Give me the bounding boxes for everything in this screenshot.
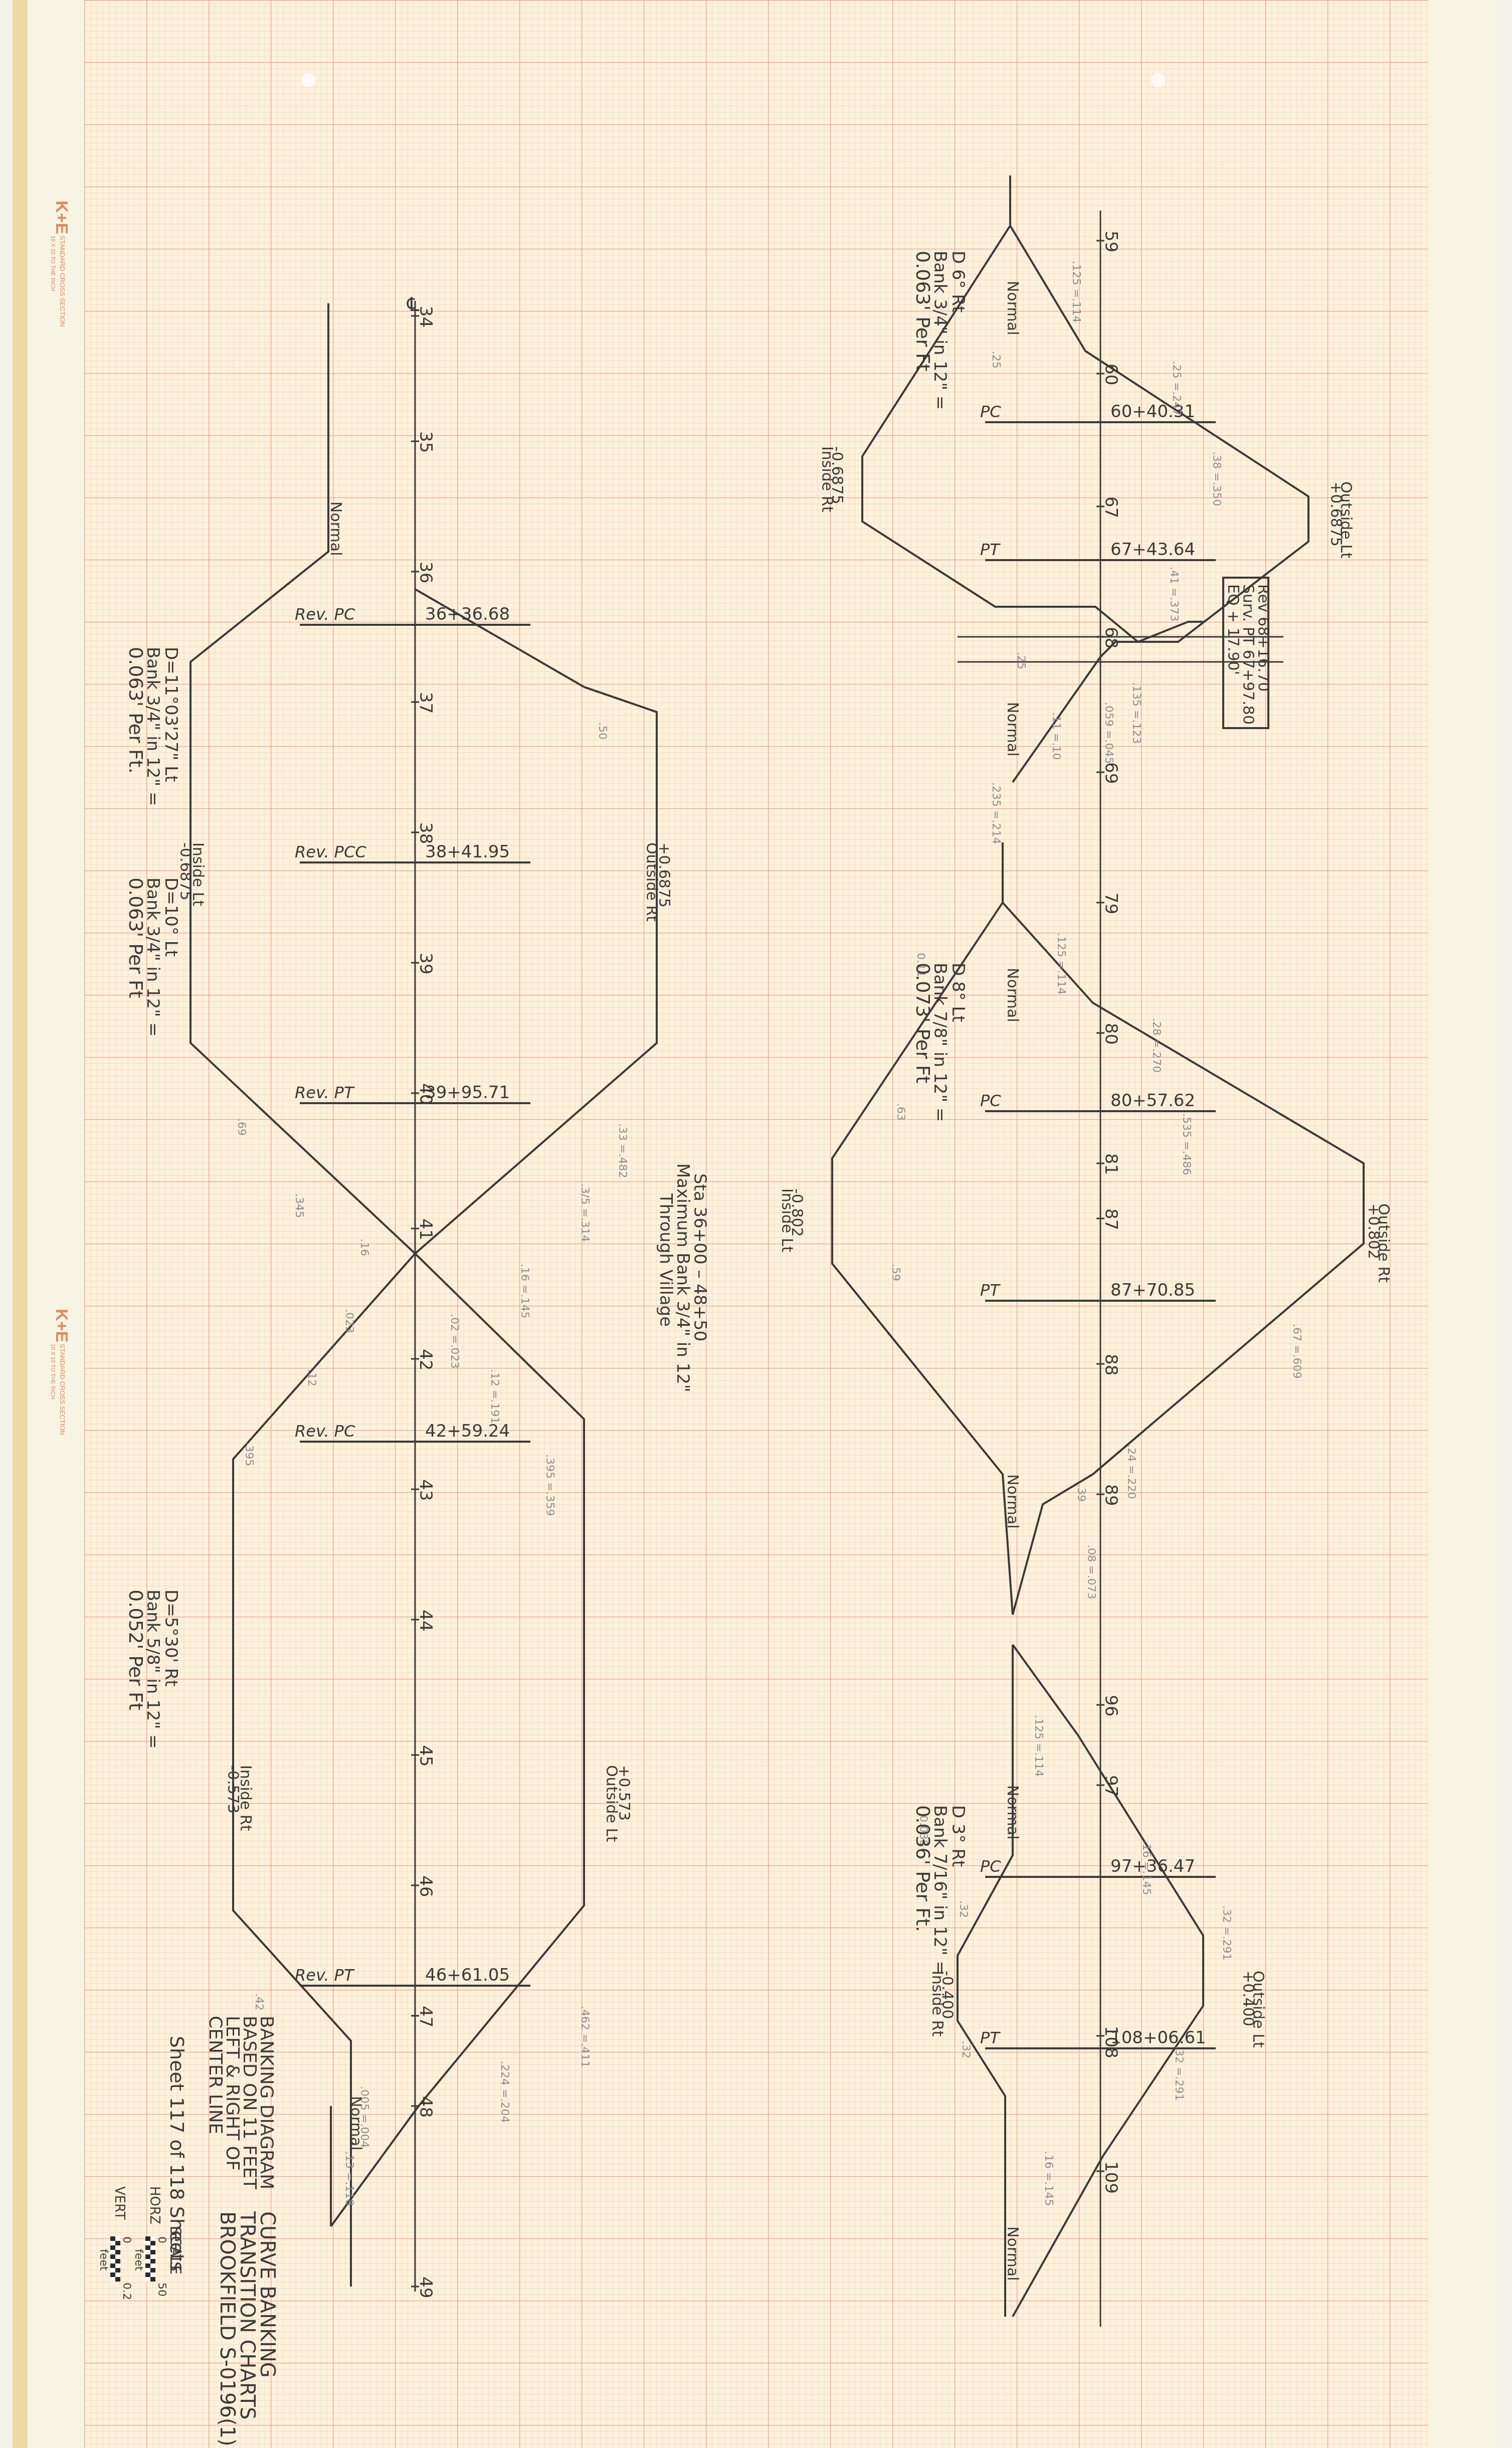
curve-note-line3: 0.063' Per Ft [125, 878, 147, 998]
curve-note-line3: 0.073' Per Ft [912, 963, 934, 1084]
pencil-calc-note: .395 [243, 1442, 255, 1466]
pencil-calc-note: .125 =.114 [1055, 933, 1067, 994]
station-label: 49 [416, 2277, 436, 2298]
control-point-station: 67+43.64 [1110, 540, 1195, 560]
pencil-calc-note: .24 =.220 [1125, 1444, 1138, 1499]
pencil-calc-note: .69 [235, 1118, 248, 1136]
control-point-type: Rev. PC [295, 605, 355, 624]
pencil-calc-note: .023 [343, 1309, 355, 1333]
curve-note-line1: D=5°30' Rt [161, 1590, 181, 1687]
station-label: 67 [1101, 496, 1121, 518]
control-point-type: PT [980, 2028, 1001, 2047]
pencil-calc-note: .3/5 =.314 [579, 1183, 591, 1242]
station-label: 37 [416, 692, 436, 714]
pencil-calc-note: .135 =.123 [1130, 682, 1143, 744]
svg-text:EQ + 17.90': EQ + 17.90' [1224, 584, 1242, 675]
curve-note-line3: 0.063' Per Ft [912, 251, 934, 372]
control-point-station: 39+95.71 [425, 1083, 510, 1103]
horz-label: HORZ [147, 2186, 162, 2224]
svg-text:STANDARD CROSS SECTION: STANDARD CROSS SECTION [59, 236, 66, 327]
control-point-station: 108+06.61 [1110, 2028, 1206, 2048]
edge-label: +0.573 [615, 1765, 633, 1821]
pencil-calc-note: .59 [889, 1264, 902, 1281]
vert-zero: 0 [120, 2236, 133, 2243]
vert-label: VERT [112, 2186, 127, 2219]
station-label: 60 [1101, 364, 1121, 385]
pencil-calc-note: .32 =.291 [1173, 2046, 1185, 2101]
edge-label: Inside Lt [778, 1188, 796, 1253]
edge-label: Normal [1004, 1785, 1021, 1840]
pencil-calc-note: .16 =.145 [1042, 2151, 1055, 2206]
pencil-calc-note: .50 [596, 722, 609, 740]
station-label: 44 [416, 1610, 436, 1631]
station-label: 39 [416, 953, 436, 974]
curve-note-line1: D 6° Rt [948, 251, 968, 312]
station-label: 35 [416, 431, 436, 453]
pencil-calc-note: .25 =.247 [1170, 361, 1183, 416]
station-label: 46 [416, 1875, 436, 1897]
pencil-calc-note: .32 [957, 1900, 970, 1918]
control-point-station: 36+36.68 [425, 604, 510, 624]
pencil-calc-note: .33 =.482 [616, 1123, 629, 1178]
control-point-type: PT [980, 540, 1001, 559]
svg-text:Through Village: Through Village [656, 1193, 676, 1327]
pencil-calc-note: .42 [253, 1993, 265, 2011]
title-line-3: BROOKFIELD S-0196(1) [216, 2211, 239, 2446]
control-point-type: Rev. PCC [295, 842, 366, 861]
control-point-station: 38+41.95 [425, 842, 510, 862]
pencil-calc-note: .16 =.145 [1140, 1840, 1153, 1895]
pencil-calc-note: .25 [990, 351, 1002, 369]
svg-text:K+E: K+E [52, 201, 71, 234]
station-label: 48 [416, 2096, 436, 2118]
edge-label: Normal [1004, 968, 1021, 1022]
pencil-calc-note: .13 =.118 [343, 2151, 355, 2206]
pencil-calc-note: .39 [1075, 1484, 1087, 1502]
edge-label: Normal [1004, 702, 1021, 757]
vert-end: 0.2 [120, 2283, 133, 2300]
pencil-calc-note: .235 =.214 [990, 782, 1002, 844]
pencil-calc-note: .535 =.486 [1180, 1113, 1193, 1175]
pencil-calc-note: .005 =.004 [358, 2086, 370, 2148]
station-label: 36 [416, 562, 436, 583]
pencil-calc-note: .41 =.373 [1168, 567, 1180, 621]
vert-scale-bar [110, 2236, 120, 2282]
edge-label: +0.6875 [655, 842, 673, 908]
control-point-type: Rev. PC [295, 1422, 355, 1441]
curve-note-line1: D=10° Lt [161, 878, 181, 957]
horz-end: 50 [155, 2283, 168, 2297]
station-label: 69 [1101, 762, 1121, 784]
curve-note-line1: D 8° Lt [948, 963, 968, 1022]
horz-scale-bar [145, 2236, 155, 2282]
pencil-calc-note: .28 =.270 [1150, 1018, 1163, 1073]
control-point-type: PT [980, 1281, 1001, 1300]
binding-strip [13, 0, 28, 2448]
control-point-type: PC [980, 1857, 1001, 1876]
scale-label: SCALE [166, 2226, 184, 2275]
station-label: 109 [1101, 2161, 1121, 2194]
edge-label: +0.400 [1239, 1971, 1257, 2026]
pencil-calc-note: .224 =.204 [498, 2061, 511, 2123]
station-label: 87 [1101, 1208, 1121, 1230]
banking-chart-sheet: K+E STANDARD CROSS SECTION 10 X 10 TO TH… [0, 0, 1512, 2448]
station-label: 59 [1101, 231, 1121, 252]
svg-text:10 X 10 TO THE INCH: 10 X 10 TO THE INCH [50, 1344, 56, 1400]
svg-text:K+E: K+E [52, 1309, 71, 1342]
pencil-calc-note: .11 =.10 [1050, 712, 1062, 760]
pencil-calc-note: .059 =.045 [1102, 702, 1115, 764]
pencil-calc-note: .125 =.114 [1032, 1715, 1045, 1777]
station-label: 45 [416, 1745, 436, 1767]
station-label: 68 [1101, 627, 1121, 648]
pencil-calc-note: .16 [358, 1239, 370, 1256]
pencil-calc-note: .12 [305, 1369, 318, 1386]
station-label: 80 [1101, 1023, 1121, 1044]
pencil-calc-note: .67 =.609 [1290, 1324, 1303, 1378]
pencil-calc-note: .02 =.023 [448, 1314, 461, 1368]
pencil-calc-note: .32 =.291 [1220, 1905, 1233, 1960]
station-label: 47 [416, 2006, 436, 2027]
punch-hole-left [301, 73, 315, 87]
horz-unit: feet [132, 2249, 145, 2271]
pencil-calc-note: .462 =.411 [579, 2006, 591, 2067]
curve-note-line3: 0.036' Per Ft. [912, 1805, 934, 1932]
edge-label: Inside Rt [818, 446, 836, 512]
station-label: 81 [1101, 1153, 1121, 1175]
curve-note-line1: D=11°03'27" Lt [161, 647, 181, 782]
control-point-station: 87+70.85 [1110, 1280, 1195, 1300]
edge-label: Normal [1004, 2226, 1021, 2281]
pencil-calc-note: .345 [293, 1193, 305, 1218]
svg-text:STANDARD CROSS SECTION: STANDARD CROSS SECTION [59, 1344, 66, 1435]
control-point-type: Rev. PT [295, 1083, 355, 1102]
edge-label: Normal [327, 501, 344, 556]
pencil-calc-note: .12 =.191 [488, 1369, 501, 1424]
edge-label: Inside Rt [928, 1971, 946, 2037]
edge-label: +0.802 [1365, 1203, 1382, 1259]
pencil-calc-note: .25 [1015, 652, 1027, 669]
basis-line-4: CENTER LINE [205, 2016, 226, 2134]
graph-grid [84, 0, 1428, 2448]
control-point-station: 42+59.24 [425, 1421, 510, 1441]
edge-label: Normal [1004, 281, 1021, 335]
pencil-calc-note: .125 =.114 [1070, 261, 1082, 322]
curve-note-line3: 0.052' Per Ft [125, 1590, 147, 1710]
control-point-type: PC [980, 402, 1001, 421]
centerline-symbol: ℄ [407, 293, 420, 315]
pencil-calc-note: .08 =.073 [1085, 1544, 1097, 1599]
edge-label: Normal [1004, 1474, 1021, 1529]
curve-note-line3: 0.063' Per Ft. [125, 647, 147, 774]
station-label: 43 [416, 1479, 436, 1501]
station-label: 96 [1101, 1695, 1121, 1716]
control-point-type: Rev. PT [295, 1966, 355, 1985]
pencil-calc-note: .63 [894, 1103, 907, 1121]
vert-unit: feet [97, 2249, 110, 2271]
station-label: 97 [1101, 1775, 1121, 1797]
station-label: 41 [416, 1218, 436, 1240]
pencil-calc-note: .16 =.145 [518, 1264, 531, 1318]
punch-hole-right [1151, 73, 1165, 87]
control-point-station: 80+57.62 [1110, 1091, 1195, 1111]
edge-label: +0.6875 [1327, 481, 1345, 547]
pencil-calc-note: .38 =.350 [1210, 451, 1223, 506]
edge-label: -0.573 [224, 1765, 242, 1814]
svg-text:10 X 10 TO THE INCH: 10 X 10 TO THE INCH [50, 236, 56, 291]
station-label: 79 [1101, 893, 1121, 914]
station-label: 38 [416, 822, 436, 844]
pencil-calc-note: .395 =.359 [543, 1454, 556, 1516]
pencil-calc-note: .32 [960, 2041, 972, 2058]
curve-note-line1: D 3° Rt [948, 1805, 968, 1867]
station-label: 42 [416, 1349, 436, 1370]
station-label: 89 [1101, 1484, 1121, 1506]
horz-zero: 0 [155, 2236, 168, 2243]
control-point-station: 46+61.05 [425, 1965, 510, 1985]
control-point-type: PC [980, 1091, 1001, 1110]
station-label: 88 [1101, 1354, 1121, 1375]
